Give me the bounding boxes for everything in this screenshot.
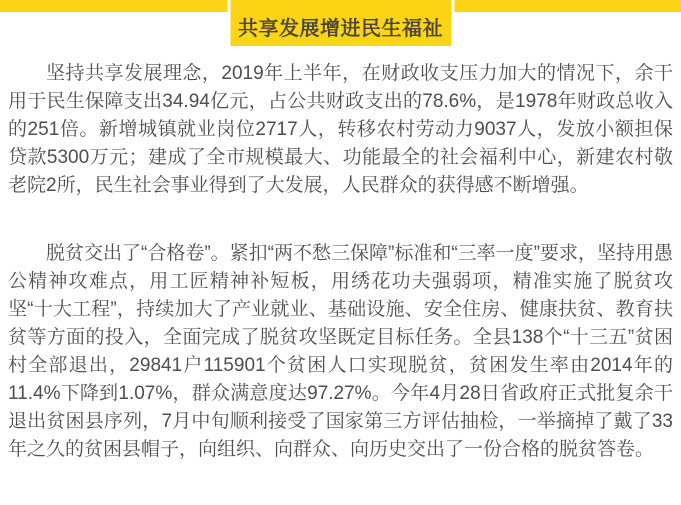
paragraph-poverty-alleviation: 脱贫交出了“合格卷”。紧扣“两不愁三保障”标准和“三率一度”要求，坚持用愚公精神… <box>8 240 673 464</box>
article-body: 坚持共享发展理念，2019年上半年，在财政收支压力加大的情况下，余干用于民生保障… <box>0 46 681 464</box>
section-title-box: 共享发展增进民生福祉 <box>227 0 454 46</box>
article-header: 共享发展增进民生福祉 <box>0 0 681 46</box>
section-title: 共享发展增进民生福祉 <box>238 12 443 41</box>
paragraph-livelihood: 坚持共享发展理念，2019年上半年，在财政收支压力加大的情况下，余干用于民生保障… <box>8 60 673 200</box>
article-page: 共享发展增进民生福祉 坚持共享发展理念，2019年上半年，在财政收支压力加大的情… <box>0 0 681 505</box>
